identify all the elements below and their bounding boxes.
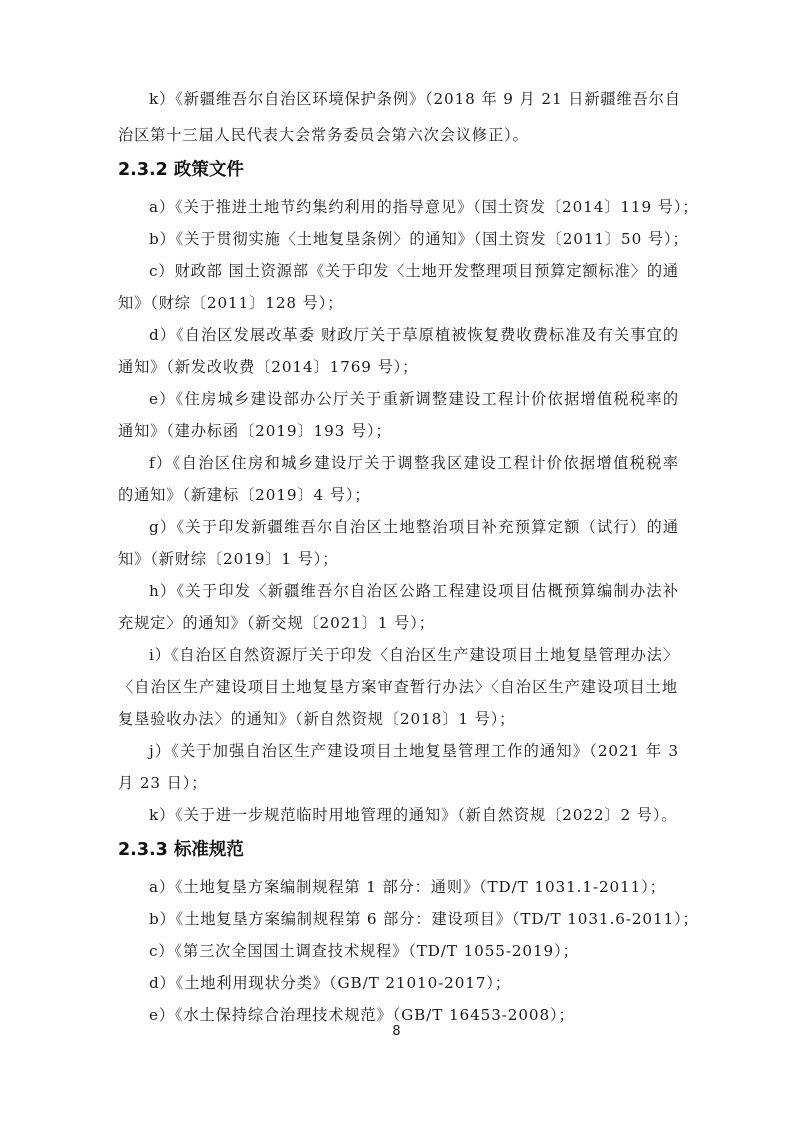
document-page: k）《新疆维吾尔自治区环境保护条例》（2018 年 9 月 21 日新疆维吾尔自…: [0, 0, 793, 1122]
text-line: 通知》（建办标函〔2019〕193 号）；: [118, 421, 678, 441]
text-line: b）《关于贯彻实施〈土地复垦条例〉的通知》（国土资发〔2011〕50 号）；: [149, 229, 679, 249]
text-line: 月 23 日）；: [118, 773, 678, 793]
text-line: e）《住房城乡建设部办公厅关于重新调整建设工程计价依据增值税税率的: [149, 389, 679, 409]
text-line: 治区第十三届人民代表大会常务委员会第六次会议修正）。: [118, 125, 678, 145]
text-line: i）《自治区自然资源厅关于印发〈自治区生产建设项目土地复垦管理办法〉: [149, 645, 679, 665]
text-line: c）《第三次全国国土调查技术规程》（TD/T 1055-2019）；: [149, 941, 679, 961]
text-line: e）《水土保持综合治理技术规范》（GB/T 16453-2008）；: [149, 1005, 679, 1025]
text-line: f）《自治区住房和城乡建设厅关于调整我区建设工程计价依据增值税税率: [149, 453, 679, 473]
text-line: 通知》（新发改收费〔2014〕1769 号）；: [118, 357, 678, 377]
text-line: 知》（新财综〔2019〕1 号）；: [118, 549, 678, 569]
text-line: k）《关于进一步规范临时用地管理的通知》（新自然资规〔2022〕2 号）。: [149, 805, 679, 825]
text-line: d）《自治区发展改革委 财政厅关于草原植被恢复费收费标准及有关事宜的: [149, 325, 679, 345]
section-heading: 2.3.3 标准规范: [118, 838, 244, 862]
text-line: b）《土地复垦方案编制规程第 6 部分：建设项目》（TD/T 1031.6-20…: [149, 909, 679, 929]
text-line: 〈自治区生产建设项目土地复垦方案审查暂行办法〉〈自治区生产建设项目土地: [118, 677, 678, 697]
text-line: c）财政部 国土资源部《关于印发〈土地开发整理项目预算定额标准〉的通: [149, 261, 679, 281]
text-line: a）《关于推进土地节约集约利用的指导意见》（国土资发〔2014〕119 号）；: [149, 197, 679, 217]
text-line: h）《关于印发〈新疆维吾尔自治区公路工程建设项目估概预算编制办法补: [149, 581, 679, 601]
text-line: 知》（财综〔2011〕128 号）；: [118, 293, 678, 313]
text-line: 的通知》（新建标〔2019〕4 号）；: [118, 485, 678, 505]
text-line: k）《新疆维吾尔自治区环境保护条例》（2018 年 9 月 21 日新疆维吾尔自: [149, 89, 679, 109]
section-heading: 2.3.2 政策文件: [118, 158, 244, 182]
page-number: 8: [0, 1024, 793, 1039]
text-line: g）《关于印发新疆维吾尔自治区土地整治项目补充预算定额（试行）的通: [149, 517, 679, 537]
text-line: 充规定〉的通知》（新交规〔2021〕1 号）；: [118, 613, 678, 633]
text-line: 复垦验收办法〉的通知》（新自然资规〔2018〕1 号）；: [118, 709, 678, 729]
text-line: a）《土地复垦方案编制规程第 1 部分：通则》（TD/T 1031.1-2011…: [149, 877, 679, 897]
text-line: j）《关于加强自治区生产建设项目土地复垦管理工作的通知》（2021 年 3: [149, 741, 679, 761]
text-line: d）《土地利用现状分类》（GB/T 21010-2017）；: [149, 973, 679, 993]
